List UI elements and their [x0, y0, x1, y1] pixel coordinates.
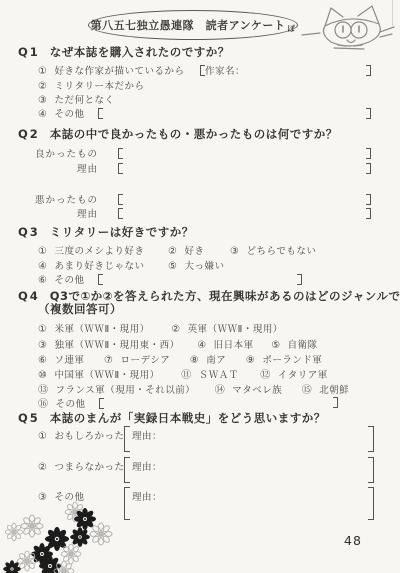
q4-option-5-label: 自衛隊 [288, 340, 318, 351]
q4-option-16-label: その他 [56, 399, 86, 410]
q4-option-2: ②英軍（ＷＷⅡ・現用） [171, 321, 283, 335]
open-bracket-tall [124, 426, 131, 452]
q3-option-3-label: どちらでもない [247, 246, 317, 257]
q1-option-3-label: ただ何となく [54, 95, 114, 106]
q4-option-8-label: 南ア [206, 355, 226, 366]
open-bracket [98, 274, 103, 285]
q4-row-2: ③独軍（ＷＷⅡ・現用東・西） ④旧日本軍 ⑤自衛隊 [38, 337, 318, 351]
q3-option-5-label: 大っ嫌い [184, 261, 224, 272]
q4-option-4-label: 旧日本軍 [214, 340, 254, 351]
q3-option-4-label: あまり好きじゃない [54, 261, 144, 272]
q2-question: 本誌の中で良かったもの・悪かったものは何ですか？ [50, 127, 338, 141]
close-bracket [366, 148, 371, 159]
q4-heading-note: （複数回答可） [38, 301, 122, 317]
q2-row-good: 良かったもの [28, 146, 123, 160]
open-bracket [118, 208, 123, 219]
q4-row-3: ⑥ソ連軍 ⑦ローデシア ⑧南ア ⑨ポーランド軍 [38, 352, 322, 366]
q2-number: Q2 [18, 127, 40, 141]
q4-option-3-num: ③ [38, 340, 47, 351]
close-bracket [366, 208, 371, 219]
q3-row-3: ⑥その他 [38, 272, 103, 286]
q1-option-1-answer-label: 作家名： [205, 66, 245, 77]
q4-option-15-num: ⑮ [302, 385, 313, 396]
q3-option-2-label: 好き [184, 246, 204, 257]
close-bracket-tall [367, 457, 374, 483]
q1-option-1-label: 好きな作家が描いているから [54, 66, 184, 77]
q5-option-2-num: ② [38, 462, 47, 473]
q4-option-1-label: 米軍（ＷＷⅡ・現用） [54, 324, 149, 335]
q4-row-6: ⑯その他 [38, 395, 104, 410]
q5-option-1-num: ① [38, 431, 47, 442]
q1-option-1-num: ① [38, 66, 47, 77]
q5-question: 本誌のまんが「実録日本戦史」をどう思いますか？ [50, 411, 326, 425]
q3-row-2: ④あまり好きじゃない ⑤大っ嫌い [38, 258, 225, 272]
q4-option-6-num: ⑥ [38, 355, 47, 366]
q4-option-14-num: ⑭ [215, 385, 226, 396]
q4-option-14: ⑭マタベレ族 [215, 381, 283, 396]
close-bracket [366, 163, 371, 174]
q5-option-1: ①おもしろかった [38, 428, 124, 442]
q5-number: Q5 [18, 411, 40, 425]
q3-option-2: ②好き [168, 243, 204, 257]
q1-option-4-num: ④ [38, 109, 47, 120]
open-bracket [118, 148, 123, 159]
q4-option-5: ⑤自衛隊 [271, 337, 317, 351]
page-title: 第八五七独立愚連隊 読者アンケート [91, 17, 286, 33]
q3-number: Q3 [18, 225, 40, 239]
q4-option-12: ⑫イタリア軍 [260, 366, 328, 381]
q1-option-3-num: ③ [38, 95, 47, 106]
q3-heading: Q3ミリタリーは好きですか？ [18, 224, 194, 240]
q2-good-label: 良かったもの [28, 146, 98, 160]
questionnaire-page: { "colors":{"paper":"#f7f6f2","ink":"#3c… [0, 0, 400, 573]
open-bracket [98, 108, 103, 119]
q4-option-2-num: ② [171, 324, 180, 335]
q4-option-2-label: 英軍（ＷＷⅡ・現用） [188, 324, 283, 335]
q4-option-3: ③独軍（ＷＷⅡ・現用東・西） [38, 337, 180, 351]
q4-option-10-num: ⑩ [38, 370, 47, 381]
open-bracket [200, 65, 205, 76]
q4-row-5: ⑬フランス軍（現用・それ以前） ⑭マタベレ族 ⑮北朝鮮 [38, 381, 349, 396]
q3-option-2-num: ② [168, 246, 177, 257]
q4-option-8: ⑧南ア [190, 352, 226, 366]
q5-option-1-label: おもしろかった [54, 431, 124, 442]
q4-option-11-num: ⑪ [181, 370, 192, 381]
q4-option-9-label: ポーランド軍 [262, 355, 322, 366]
q1-heading: Q1なぜ本誌を購入されたのですか？ [18, 44, 230, 60]
q4-option-12-num: ⑫ [260, 370, 271, 381]
close-bracket [366, 194, 371, 205]
q3-option-4-num: ④ [38, 261, 47, 272]
q4-option-10-label: 中国軍（ＷＷⅡ・現用） [54, 370, 159, 381]
close-bracket [366, 108, 371, 119]
q3-question: ミリタリーは好きですか？ [50, 225, 194, 239]
q1-option-1: ①好きな作家が描いているから 作家名： [38, 63, 245, 77]
q2-bad-reason-label: 理由 [28, 206, 98, 220]
q4-option-15: ⑮北朝鮮 [302, 381, 350, 396]
open-bracket [118, 163, 123, 174]
q3-option-1-label: 三度のメシより好き [54, 246, 144, 257]
q4-option-11: ⑪ＳＷＡＴ [181, 366, 239, 381]
q4-option-3-label: 独軍（ＷＷⅡ・現用東・西） [54, 340, 179, 351]
q1-option-2: ②ミリタリー本だから [38, 78, 144, 92]
flower-cluster-icon [0, 498, 150, 573]
q4-option-16-num: ⑯ [38, 399, 49, 410]
open-bracket [118, 194, 123, 205]
q3-option-6: ⑥その他 [38, 272, 84, 286]
close-bracket [366, 65, 371, 76]
q3-option-4: ④あまり好きじゃない [38, 258, 144, 272]
q2-row-bad-reason: 理由 [28, 206, 123, 220]
q1-option-4-label: その他 [54, 109, 84, 120]
q4-option-1: ①米軍（ＷＷⅡ・現用） [38, 321, 150, 335]
q4-option-7-label: ローデシア [120, 355, 170, 366]
q4-multi-answer-note: （複数回答可） [38, 302, 122, 316]
close-bracket-tall [367, 487, 374, 520]
q4-option-14-label: マタベレ族 [232, 385, 282, 396]
q4-option-11-label: ＳＷＡＴ [199, 370, 239, 381]
q1-option-2-num: ② [38, 81, 47, 92]
open-bracket [99, 398, 104, 409]
q4-option-13: ⑬フランス軍（現用・それ以前） [38, 381, 195, 396]
q2-good-reason-label: 理由 [28, 161, 98, 175]
q3-option-1: ①三度のメシより好き [38, 243, 144, 257]
q4-option-16: ⑯その他 [38, 395, 86, 410]
q4-option-7: ⑦ローデシア [104, 352, 170, 366]
close-bracket [333, 397, 338, 408]
q3-option-5-num: ⑤ [168, 261, 177, 272]
q3-option-3-num: ③ [230, 246, 239, 257]
q1-option-3: ③ただ何となく [38, 92, 114, 106]
open-bracket-tall [124, 457, 131, 483]
q1-number: Q1 [18, 45, 40, 59]
q4-option-15-label: 北朝鮮 [319, 385, 349, 396]
q4-option-12-label: イタリア軍 [278, 370, 328, 381]
q3-row-1: ①三度のメシより好き ②好き ③どちらでもない [38, 243, 316, 257]
q2-row-bad: 悪かったもの [28, 192, 123, 206]
q4-option-9: ⑨ポーランド軍 [246, 352, 322, 366]
q5-option-2: ②つまらなかった [38, 459, 124, 473]
close-bracket [297, 274, 302, 285]
q2-row-good-reason: 理由 [28, 161, 123, 175]
title-suffix: ぽ [287, 23, 295, 34]
page-number: 48 [344, 533, 362, 548]
q5-heading: Q5本誌のまんが「実録日本戦史」をどう思いますか？ [18, 410, 326, 426]
q3-option-6-num: ⑥ [38, 275, 47, 286]
q1-option-2-label: ミリタリー本だから [54, 81, 144, 92]
q4-option-4: ④旧日本軍 [197, 337, 253, 351]
q4-row-1: ①米軍（ＷＷⅡ・現用） ②英軍（ＷＷⅡ・現用） [38, 321, 283, 335]
close-bracket-tall [367, 426, 374, 452]
q4-option-10: ⑩中国軍（ＷＷⅡ・現用） [38, 367, 160, 381]
q3-option-6-label: その他 [54, 275, 84, 286]
q4-option-9-num: ⑨ [246, 355, 255, 366]
q4-option-4-num: ④ [197, 340, 206, 351]
q3-option-3: ③どちらでもない [230, 243, 316, 257]
q4-option-6-label: ソ連軍 [54, 355, 84, 366]
q4-option-7-num: ⑦ [104, 355, 113, 366]
q2-heading: Q2本誌の中で良かったもの・悪かったものは何ですか？ [18, 126, 338, 142]
q4-number: Q4 [18, 289, 40, 303]
q4-option-8-num: ⑧ [190, 355, 199, 366]
q2-bad-label: 悪かったもの [28, 192, 98, 206]
q5-option-1-reason-label: 理由： [132, 428, 162, 442]
q1-option-4: ④その他 [38, 106, 103, 120]
q5-option-2-label: つまらなかった [54, 462, 124, 473]
q5-option-2-reason-label: 理由： [132, 459, 162, 473]
q4-option-5-num: ⑤ [271, 340, 280, 351]
title-bubble: 第八五七独立愚連隊 読者アンケート ぽ [88, 10, 298, 40]
q1-question: なぜ本誌を購入されたのですか？ [50, 45, 230, 59]
q3-option-1-num: ① [38, 246, 47, 257]
q4-row-4: ⑩中国軍（ＷＷⅡ・現用） ⑪ＳＷＡＴ ⑫イタリア軍 [38, 366, 328, 381]
q4-option-1-num: ① [38, 324, 47, 335]
fox-mascot-icon [300, 4, 396, 54]
q3-option-5: ⑤大っ嫌い [168, 258, 224, 272]
q4-option-6: ⑥ソ連軍 [38, 352, 84, 366]
